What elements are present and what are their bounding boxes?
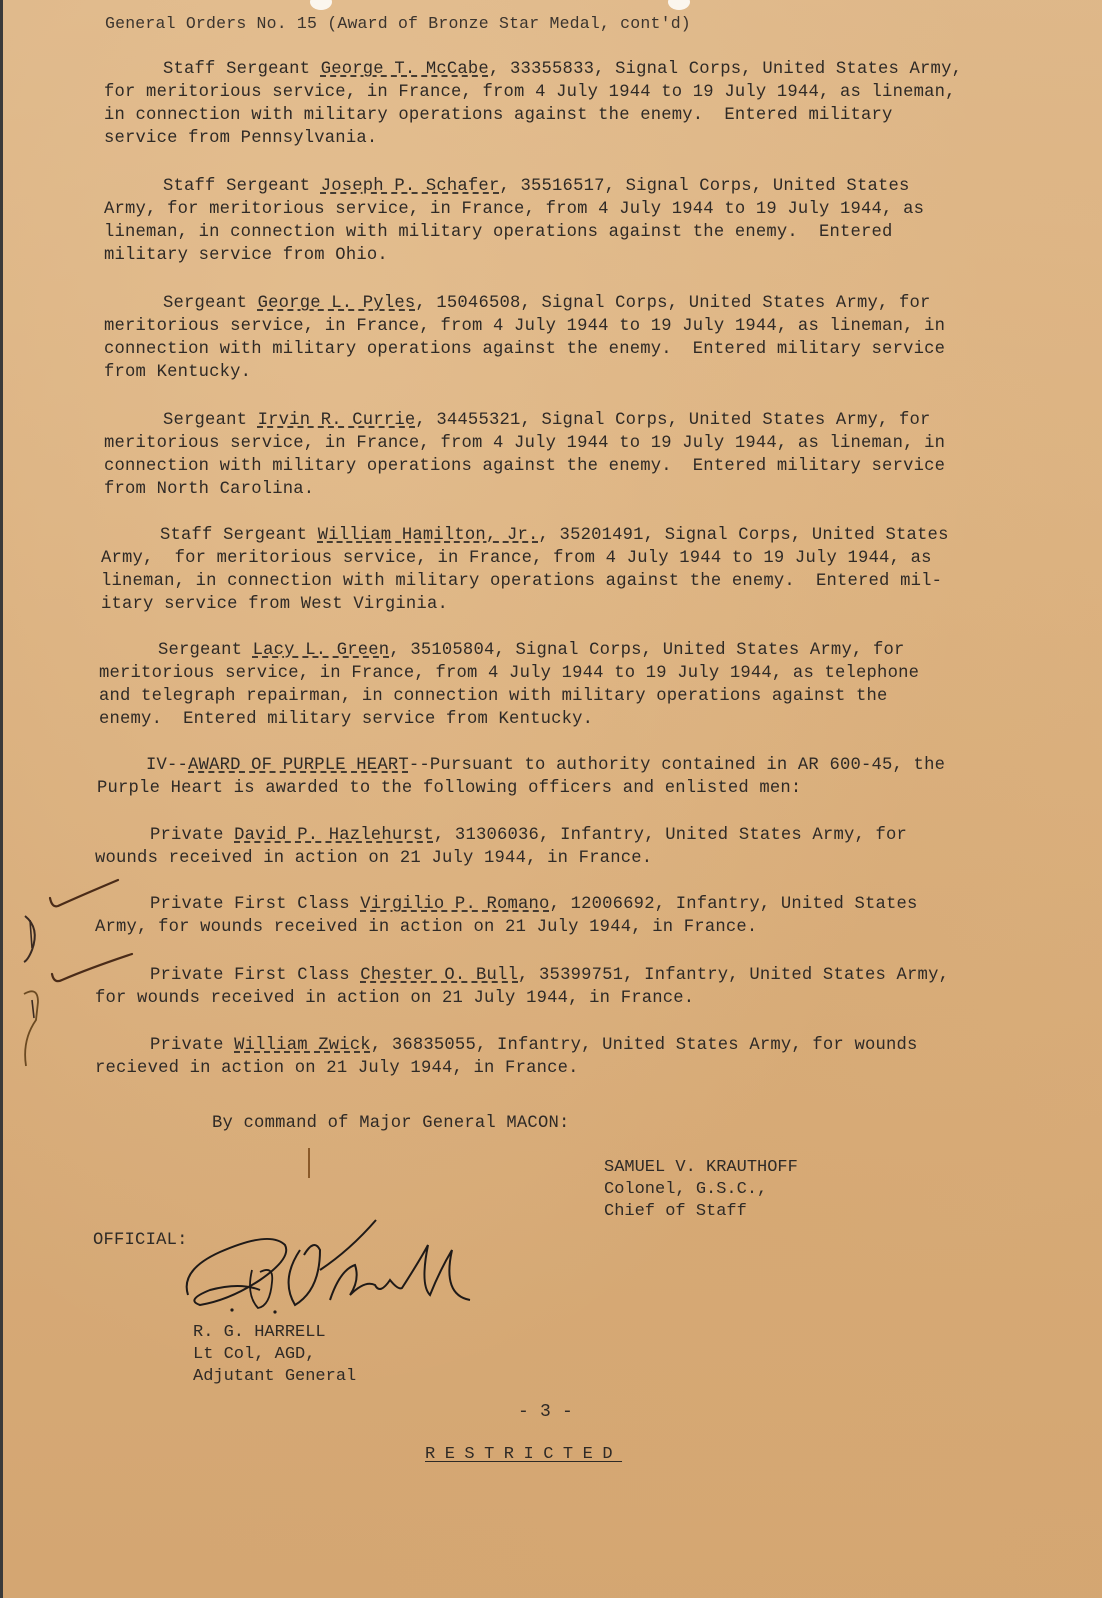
rank: Sergeant [163,411,247,430]
recipient-name: George L. Pyles [258,294,416,313]
handwritten-check-marks-icon [0,870,140,1070]
pen-mark [308,1148,310,1178]
rank: Staff Sergeant [163,60,310,79]
recipient-name: David P. Hazlehurst [234,826,434,845]
rank: Staff Sergeant [163,177,310,196]
chief-of-staff-name: SAMUEL V. KRAUTHOFF [604,1157,798,1179]
adjutant-name: R. G. HARRELL [193,1322,356,1344]
rank: Private [150,1036,224,1055]
official-label: OFFICIAL: [93,1232,188,1249]
chief-of-staff-title: Chief of Staff [604,1201,798,1223]
adjutant-block: R. G. HARRELL Lt Col, AGD, Adjutant Gene… [193,1322,356,1388]
rank: Private First Class [150,966,350,985]
chief-of-staff-rank: Colonel, G.S.C., [604,1179,798,1201]
command-line: By command of Major General MACON: [212,1115,569,1132]
document-page: General Orders No. 15 (Award of Bronze S… [0,0,1102,1598]
section-heading: AWARD OF PURPLE HEART [188,756,409,775]
recipient-name: George T. McCabe [321,60,489,79]
rank: Private First Class [150,895,350,914]
page-header: General Orders No. 15 (Award of Bronze S… [105,16,691,33]
recipient-name: Lacy L. Green [253,641,390,660]
recipient-name: Joseph P. Schafer [321,177,500,196]
recipient-name: William Hamilton, Jr. [318,526,539,545]
chief-of-staff-block: SAMUEL V. KRAUTHOFF Colonel, G.S.C., Chi… [604,1157,798,1223]
punch-hole [310,0,332,10]
adjutant-rank: Lt Col, AGD, [193,1344,356,1366]
rank: Private [150,826,224,845]
adjutant-title: Adjutant General [193,1366,356,1388]
classification-marking: RESTRICTED [425,1446,622,1463]
recipient-name: William Zwick [234,1036,371,1055]
rank: Sergeant [158,641,242,660]
recipient-name: Virgilio P. Romano [360,895,549,914]
page-number: - 3 - [518,1403,573,1421]
punch-hole [668,0,690,10]
rank: Sergeant [163,294,247,313]
signature-icon [180,1210,500,1320]
rank: Staff Sergeant [160,526,307,545]
recipient-name: Chester O. Bull [360,966,518,985]
recipient-name: Irvin R. Currie [258,411,416,430]
